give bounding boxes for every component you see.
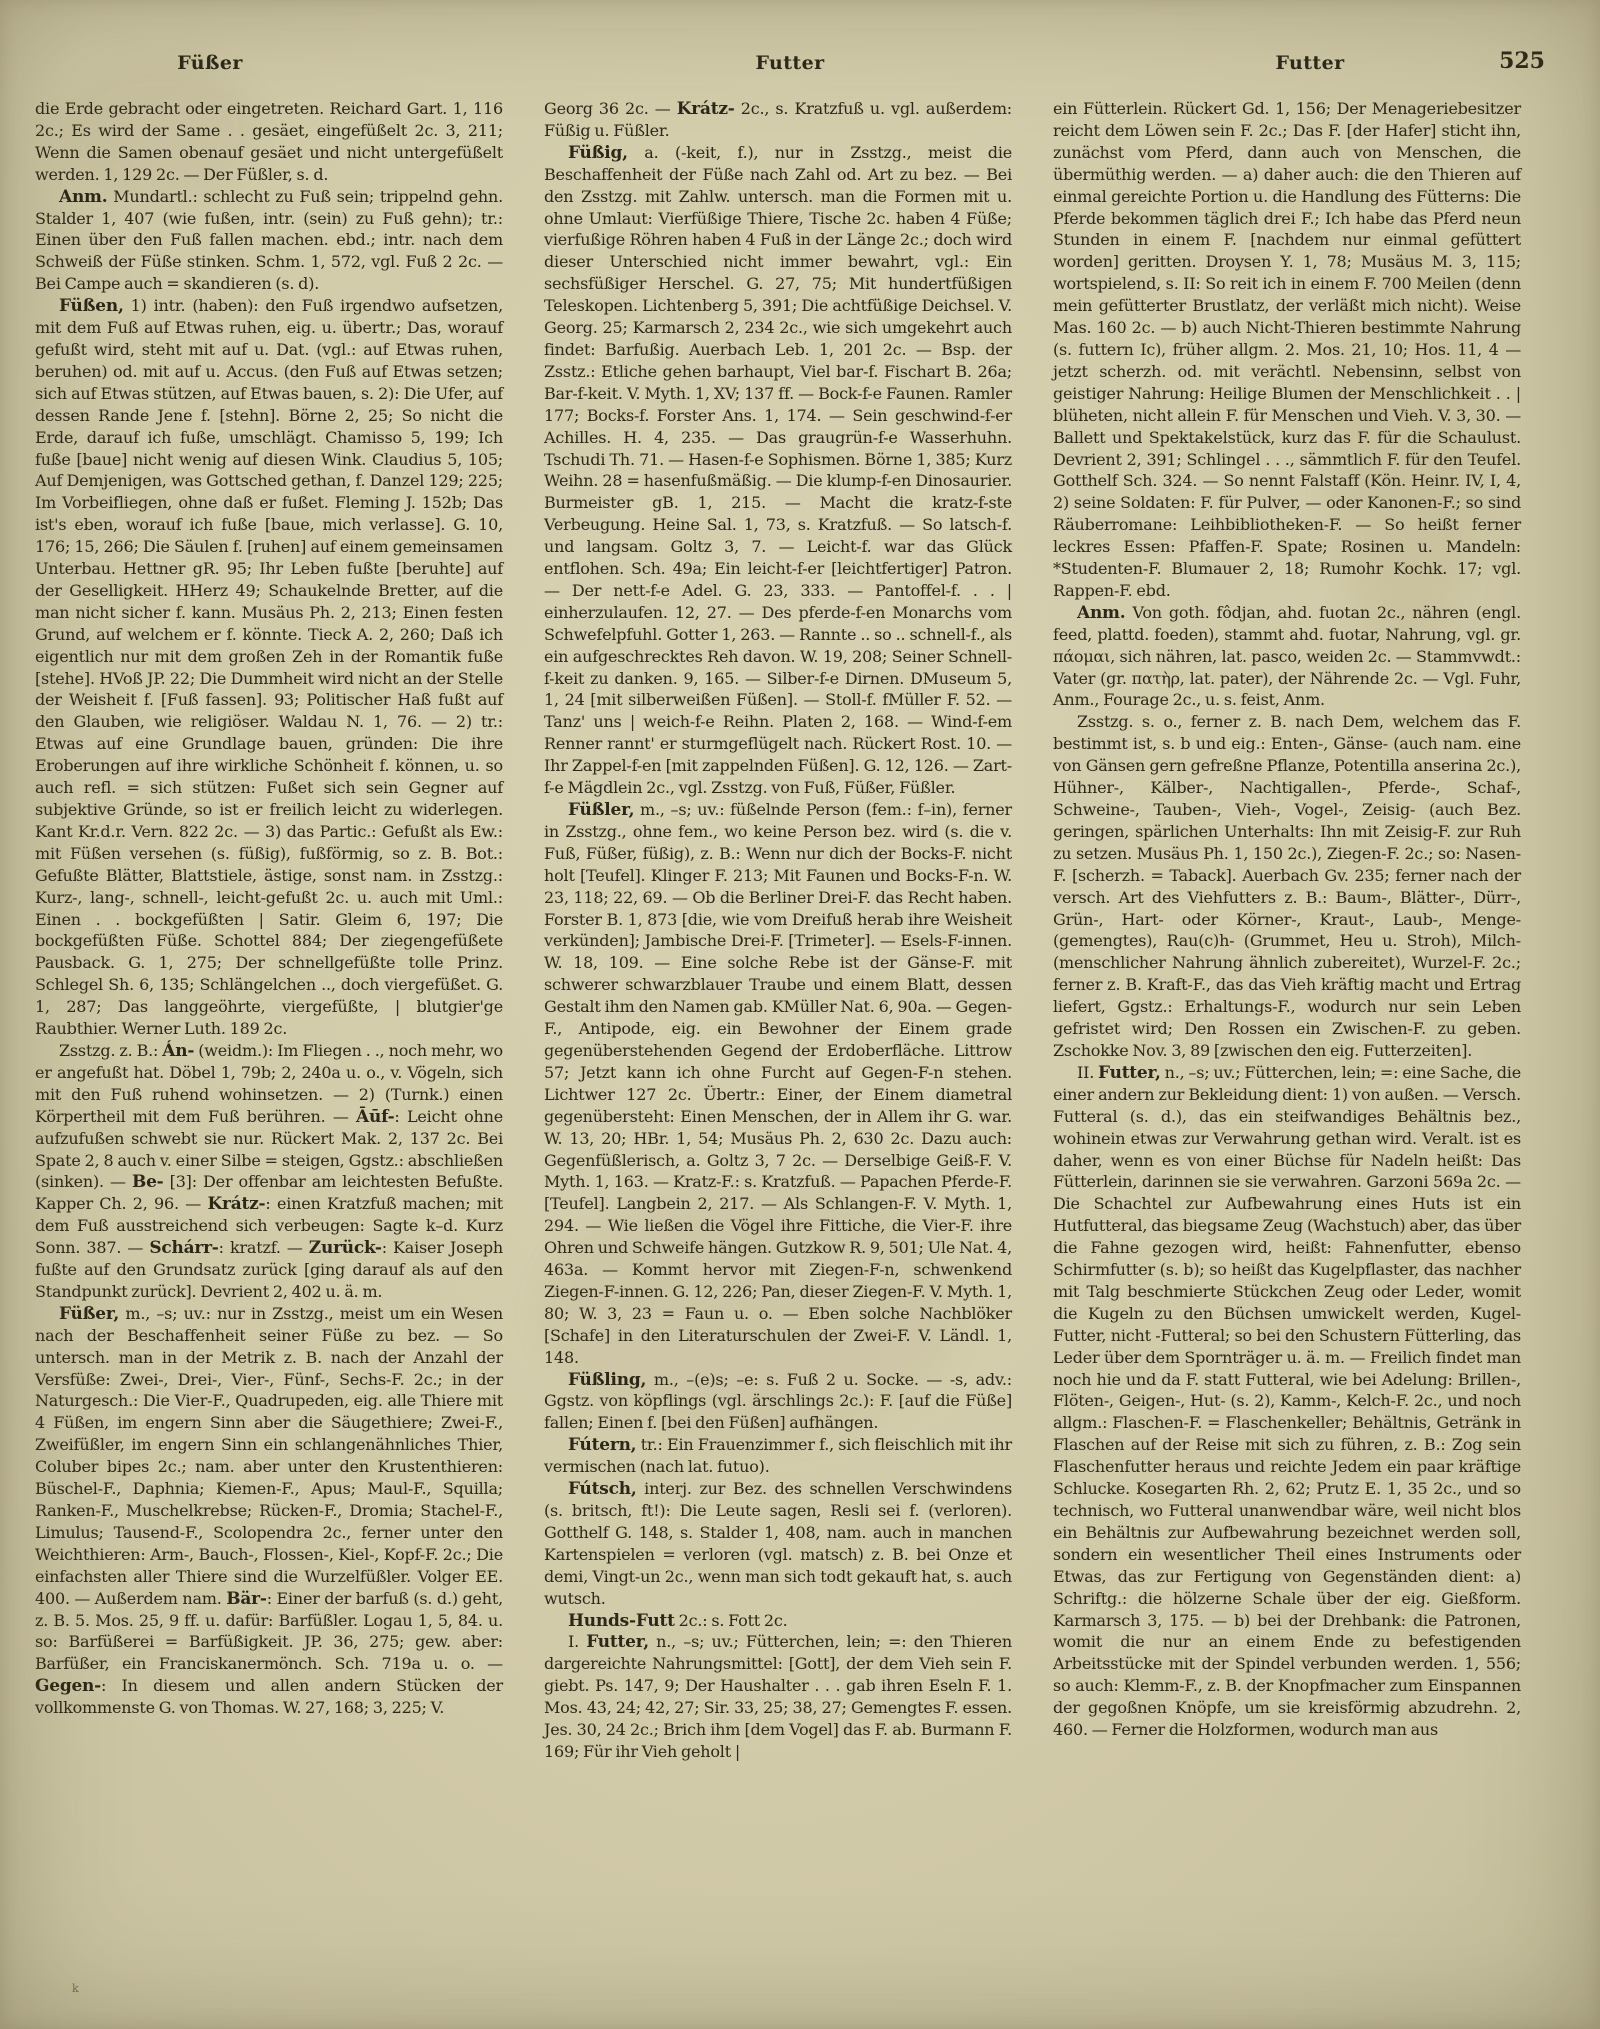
running-head-center: Futter bbox=[700, 52, 880, 74]
column-3: ein Fütterlein. Rückert Gd. 1, 156; Der … bbox=[1053, 98, 1521, 1763]
dictionary-page: Füßer Futter Futter 525 die Erde gebrach… bbox=[0, 0, 1600, 2029]
entry-headword: Fútsch, bbox=[568, 1478, 637, 1498]
entry-paragraph: die Erde gebracht oder eingetreten. Reic… bbox=[35, 98, 503, 186]
entry-paragraph: Füßer, m., –s; uv.: nur in Zsstzg., meis… bbox=[35, 1303, 503, 1719]
printers-mark: k bbox=[72, 1982, 79, 1995]
entry-paragraph: II. Futter, n., –s; uv.; Fütterchen, lei… bbox=[1053, 1062, 1521, 1741]
entry-headword: Gegen- bbox=[35, 1675, 101, 1695]
entry-headword: Futter, bbox=[1098, 1062, 1161, 1082]
entry-paragraph: Anm. Mundartl.: schlecht zu Fuß sein; tr… bbox=[35, 186, 503, 296]
entry-headword: Füßler, bbox=[568, 799, 634, 819]
entry-headword: Krátz- bbox=[677, 98, 735, 118]
entry-headword: Zurück- bbox=[309, 1237, 382, 1257]
running-head-left: Füßer bbox=[120, 52, 300, 74]
entry-paragraph: Füßen, 1) intr. (haben): den Fuß irgendw… bbox=[35, 295, 503, 1040]
entry-headword: Fútern, bbox=[568, 1434, 636, 1454]
entry-headword: Anm. bbox=[59, 186, 107, 206]
entry-headword: Krátz- bbox=[207, 1193, 265, 1213]
entry-paragraph: Anm. Von goth. fôdjan, ahd. fuotan 2c., … bbox=[1053, 602, 1521, 712]
entry-headword: Be- bbox=[132, 1171, 164, 1191]
entry-paragraph: Zsstzg. z. B.: Án- (weidm.): Im Fliegen … bbox=[35, 1040, 503, 1303]
entry-paragraph: Füßig, a. (-keit, f.), nur in Zsstzg., m… bbox=[544, 142, 1012, 799]
entry-headword: Füßling, bbox=[568, 1369, 646, 1389]
entry-paragraph: Füßler, m., –s; uv.: füßelnde Person (fe… bbox=[544, 799, 1012, 1369]
entry-paragraph: Füßling, m., –(e)s; –e: s. Fuß 2 u. Sock… bbox=[544, 1369, 1012, 1435]
entry-headword: Füßer, bbox=[59, 1303, 119, 1323]
entry-headword: Anm. bbox=[1077, 602, 1125, 622]
entry-paragraph: ein Fütterlein. Rückert Gd. 1, 156; Der … bbox=[1053, 98, 1521, 602]
entry-headword: Schárr- bbox=[149, 1237, 218, 1257]
entry-headword: Futter, bbox=[586, 1631, 649, 1651]
entry-headword: Hunds-Futt bbox=[568, 1610, 675, 1630]
entry-paragraph: Zsstzg. s. o., ferner z. B. nach Dem, we… bbox=[1053, 711, 1521, 1062]
page-number: 525 bbox=[1455, 48, 1545, 74]
entry-headword: Án- bbox=[162, 1040, 194, 1060]
entry-headword: Füßig, bbox=[568, 142, 628, 162]
entry-paragraph: Hunds-Futt 2c.: s. Fott 2c. bbox=[544, 1610, 1012, 1632]
entry-headword: Āūf- bbox=[356, 1106, 394, 1126]
column-2: Georg 36 2c. — Krátz- 2c., s. Kratzfuß u… bbox=[544, 98, 1012, 1763]
entry-headword: Füßen, bbox=[59, 295, 124, 315]
entry-paragraph: I. Futter, n., –s; uv.; Fütterchen, lein… bbox=[544, 1631, 1012, 1762]
entry-headword: Bär- bbox=[226, 1588, 266, 1608]
entry-paragraph: Fútern, tr.: Ein Frauenzimmer f., sich f… bbox=[544, 1434, 1012, 1478]
running-head-right: Futter bbox=[1220, 52, 1400, 74]
text-columns: die Erde gebracht oder eingetreten. Reic… bbox=[35, 98, 1521, 1763]
column-1: die Erde gebracht oder eingetreten. Reic… bbox=[35, 98, 503, 1763]
entry-paragraph: Fútsch, interj. zur Bez. des schnellen V… bbox=[544, 1478, 1012, 1609]
entry-paragraph: Georg 36 2c. — Krátz- 2c., s. Kratzfuß u… bbox=[544, 98, 1012, 142]
